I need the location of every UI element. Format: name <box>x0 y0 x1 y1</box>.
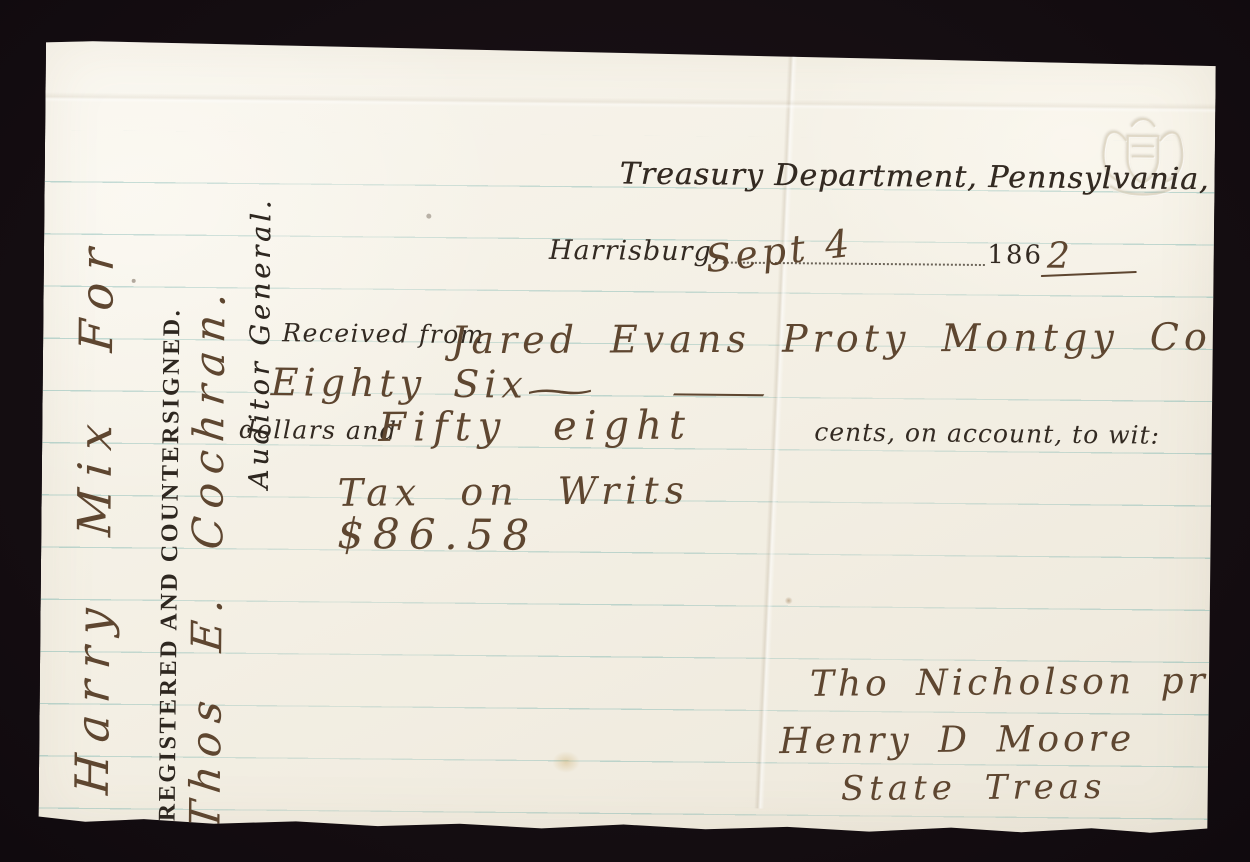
document-title: Treasury Department, Pennsylvania, <box>620 160 1200 196</box>
date-line: Harrisburg, Sept 4 186 2 <box>549 230 1070 271</box>
handwritten-amount-words: Eighty Six ~ — <box>271 363 528 403</box>
handwritten-cents-words: Fifty eight <box>378 405 692 447</box>
handwritten-memo: Tax on Writs <box>338 471 691 512</box>
signature-line-1: Tho Nicholson pr <box>810 664 1209 703</box>
handwritten-date: Sept 4 <box>704 224 856 278</box>
ink-speck <box>132 279 136 283</box>
scan-background: Treasury Department, Pennsylvania, Harri… <box>0 0 1250 862</box>
paper-stain <box>552 751 580 773</box>
receipt-document: Treasury Department, Pennsylvania, Harri… <box>38 40 1215 837</box>
signature-line-2: Henry D Moore <box>779 721 1135 760</box>
auditor-general-label: Auditor General. <box>246 187 283 489</box>
year-printed: 186 <box>987 240 1043 271</box>
handwritten-year-digit: 2 <box>1047 239 1070 275</box>
countersignature-cochran: Thos E. Cochran. <box>184 327 245 833</box>
handwritten-payer-name: Jared Evans Proty Montgy Co <box>451 318 1212 359</box>
signature-line-3: State Treas <box>841 770 1107 806</box>
paper-stain <box>785 597 793 604</box>
date-dotted-line: Sept 4 <box>723 242 985 267</box>
handwritten-amount-numeric: $86.58 <box>337 513 538 557</box>
ink-speck <box>426 214 431 219</box>
cents-label: cents, on account, to wit: <box>814 419 1160 447</box>
horizontal-fold-crease <box>45 92 1215 113</box>
margin-handwritten-name: Harry Mix For <box>69 230 138 797</box>
amount-words-text: Eighty Six <box>271 360 529 406</box>
place-label: Harrisburg, <box>549 235 722 268</box>
